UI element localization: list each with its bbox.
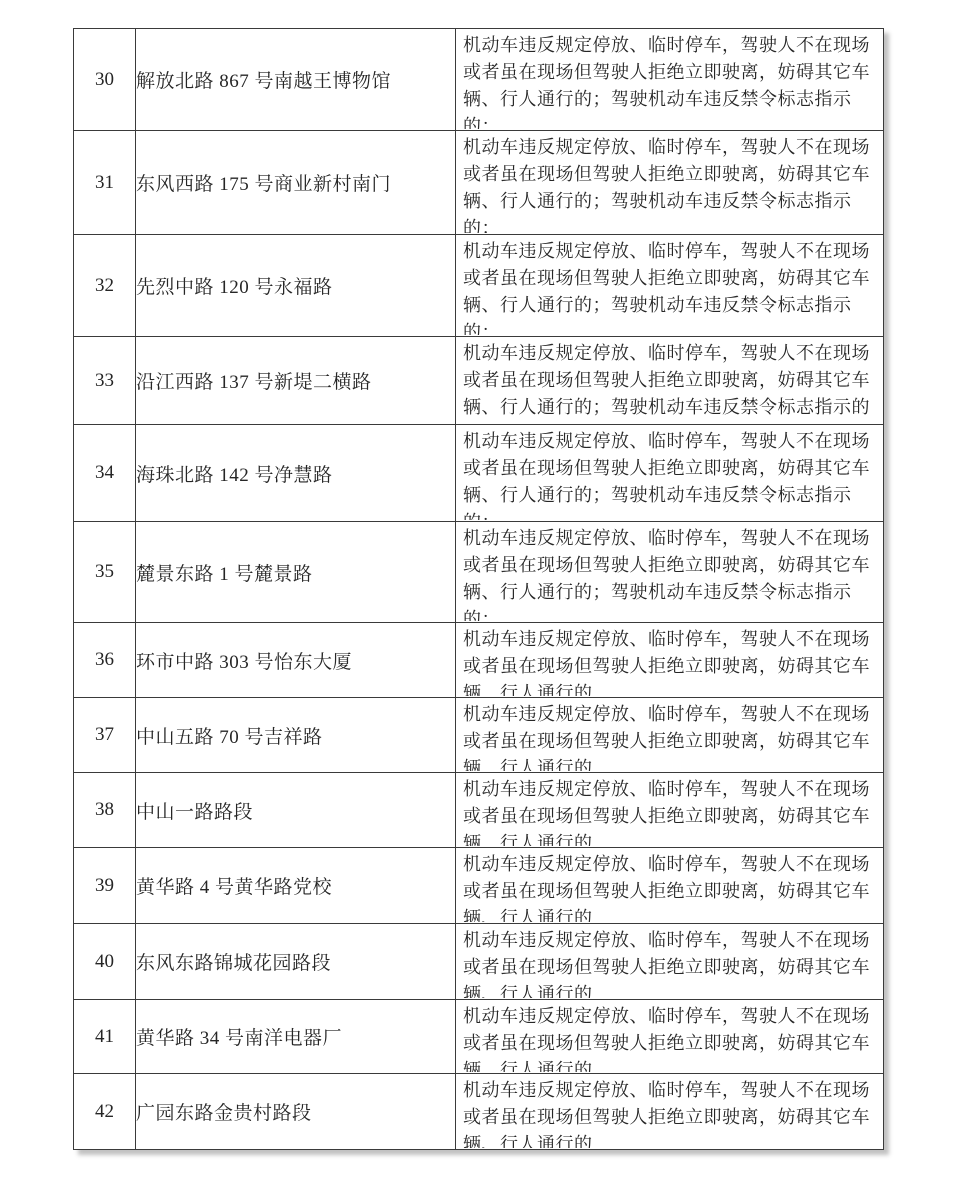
row-location: 麓景东路 1 号麓景路 (136, 522, 456, 623)
row-location: 黄华路 34 号南洋电器厂 (136, 1000, 456, 1074)
row-number: 35 (74, 522, 136, 623)
row-location: 中山五路 70 号吉祥路 (136, 698, 456, 773)
table-row: 37 中山五路 70 号吉祥路 机动车违反规定停放、临时停车，驾驶人不在现场 或… (74, 698, 884, 773)
row-number: 40 (74, 924, 136, 1000)
row-violation: 机动车违反规定停放、临时停车，驾驶人不在现场 或者虽在现场但驾驶人拒绝立即驶离，… (456, 425, 884, 522)
row-location: 环市中路 303 号怡东大厦 (136, 623, 456, 698)
violation-text: 机动车违反规定停放、临时停车，驾驶人不在现场 或者虽在现场但驾驶人拒绝立即驶离，… (456, 773, 883, 846)
row-location: 海珠北路 142 号净慧路 (136, 425, 456, 522)
row-location: 中山一路路段 (136, 773, 456, 848)
table-row: 39 黄华路 4 号黄华路党校 机动车违反规定停放、临时停车，驾驶人不在现场 或… (74, 848, 884, 924)
violation-text: 机动车违反规定停放、临时停车，驾驶人不在现场 或者虽在现场但驾驶人拒绝立即驶离，… (456, 623, 883, 696)
row-number: 41 (74, 1000, 136, 1074)
row-violation: 机动车违反规定停放、临时停车，驾驶人不在现场 或者虽在现场但驾驶人拒绝立即驶离，… (456, 848, 884, 924)
violation-text: 机动车违反规定停放、临时停车，驾驶人不在现场 或者虽在现场但驾驶人拒绝立即驶离，… (456, 924, 883, 998)
row-violation: 机动车违反规定停放、临时停车，驾驶人不在现场 或者虽在现场但驾驶人拒绝立即驶离，… (456, 773, 884, 848)
row-violation: 机动车违反规定停放、临时停车，驾驶人不在现场 或者虽在现场但驾驶人拒绝立即驶离，… (456, 522, 884, 623)
row-number: 42 (74, 1074, 136, 1150)
table-row: 34 海珠北路 142 号净慧路 机动车违反规定停放、临时停车，驾驶人不在现场 … (74, 425, 884, 522)
table-row: 32 先烈中路 120 号永福路 机动车违反规定停放、临时停车，驾驶人不在现场 … (74, 235, 884, 337)
violation-text: 机动车违反规定停放、临时停车，驾驶人不在现场 或者虽在现场但驾驶人拒绝立即驶离，… (456, 1000, 883, 1072)
row-location: 沿江西路 137 号新堤二横路 (136, 337, 456, 425)
table-row: 35 麓景东路 1 号麓景路 机动车违反规定停放、临时停车，驾驶人不在现场 或者… (74, 522, 884, 623)
table-row: 38 中山一路路段 机动车违反规定停放、临时停车，驾驶人不在现场 或者虽在现场但… (74, 773, 884, 848)
row-location: 黄华路 4 号黄华路党校 (136, 848, 456, 924)
table-row: 40 东风东路锦城花园路段 机动车违反规定停放、临时停车，驾驶人不在现场 或者虽… (74, 924, 884, 1000)
row-violation: 机动车违反规定停放、临时停车，驾驶人不在现场 或者虽在现场但驾驶人拒绝立即驶离，… (456, 29, 884, 131)
row-number: 33 (74, 337, 136, 425)
violation-text: 机动车违反规定停放、临时停车，驾驶人不在现场 或者虽在现场但驾驶人拒绝立即驶离，… (456, 29, 883, 129)
row-number: 36 (74, 623, 136, 698)
row-number: 38 (74, 773, 136, 848)
table-row: 42 广园东路金贵村路段 机动车违反规定停放、临时停车，驾驶人不在现场 或者虽在… (74, 1074, 884, 1150)
row-violation: 机动车违反规定停放、临时停车，驾驶人不在现场 或者虽在现场但驾驶人拒绝立即驶离，… (456, 235, 884, 337)
violation-text: 机动车违反规定停放、临时停车，驾驶人不在现场 或者虽在现场但驾驶人拒绝立即驶离，… (456, 235, 883, 335)
row-violation: 机动车违反规定停放、临时停车，驾驶人不在现场 或者虽在现场但驾驶人拒绝立即驶离，… (456, 623, 884, 698)
violation-text: 机动车违反规定停放、临时停车，驾驶人不在现场 或者虽在现场但驾驶人拒绝立即驶离，… (456, 848, 883, 922)
row-violation: 机动车违反规定停放、临时停车，驾驶人不在现场 或者虽在现场但驾驶人拒绝立即驶离，… (456, 131, 884, 235)
table-row: 30 解放北路 867 号南越王博物馆 机动车违反规定停放、临时停车，驾驶人不在… (74, 29, 884, 131)
row-location: 东风西路 175 号商业新村南门 (136, 131, 456, 235)
violation-text: 机动车违反规定停放、临时停车，驾驶人不在现场 或者虽在现场但驾驶人拒绝立即驶离，… (456, 698, 883, 771)
violation-locations-table: 30 解放北路 867 号南越王博物馆 机动车违反规定停放、临时停车，驾驶人不在… (73, 28, 884, 1150)
table-row: 41 黄华路 34 号南洋电器厂 机动车违反规定停放、临时停车，驾驶人不在现场 … (74, 1000, 884, 1074)
row-violation: 机动车违反规定停放、临时停车，驾驶人不在现场 或者虽在现场但驾驶人拒绝立即驶离，… (456, 337, 884, 425)
violation-text: 机动车违反规定停放、临时停车，驾驶人不在现场 或者虽在现场但驾驶人拒绝立即驶离，… (456, 425, 883, 520)
row-number: 32 (74, 235, 136, 337)
row-location: 东风东路锦城花园路段 (136, 924, 456, 1000)
violation-text: 机动车违反规定停放、临时停车，驾驶人不在现场 或者虽在现场但驾驶人拒绝立即驶离，… (456, 522, 883, 621)
table-row: 31 东风西路 175 号商业新村南门 机动车违反规定停放、临时停车，驾驶人不在… (74, 131, 884, 235)
row-number: 30 (74, 29, 136, 131)
row-location: 先烈中路 120 号永福路 (136, 235, 456, 337)
row-number: 39 (74, 848, 136, 924)
violation-text: 机动车违反规定停放、临时停车，驾驶人不在现场 或者虽在现场但驾驶人拒绝立即驶离，… (456, 337, 883, 423)
table-row: 33 沿江西路 137 号新堤二横路 机动车违反规定停放、临时停车，驾驶人不在现… (74, 337, 884, 425)
row-number: 31 (74, 131, 136, 235)
row-location: 广园东路金贵村路段 (136, 1074, 456, 1150)
row-violation: 机动车违反规定停放、临时停车，驾驶人不在现场 或者虽在现场但驾驶人拒绝立即驶离，… (456, 1074, 884, 1150)
row-number: 37 (74, 698, 136, 773)
violation-text: 机动车违反规定停放、临时停车，驾驶人不在现场 或者虽在现场但驾驶人拒绝立即驶离，… (456, 131, 883, 233)
row-violation: 机动车违反规定停放、临时停车，驾驶人不在现场 或者虽在现场但驾驶人拒绝立即驶离，… (456, 1000, 884, 1074)
row-location: 解放北路 867 号南越王博物馆 (136, 29, 456, 131)
table-body: 30 解放北路 867 号南越王博物馆 机动车违反规定停放、临时停车，驾驶人不在… (74, 29, 884, 1150)
row-violation: 机动车违反规定停放、临时停车，驾驶人不在现场 或者虽在现场但驾驶人拒绝立即驶离，… (456, 924, 884, 1000)
document-page: 30 解放北路 867 号南越王博物馆 机动车违反规定停放、临时停车，驾驶人不在… (0, 0, 966, 1192)
row-number: 34 (74, 425, 136, 522)
violation-text: 机动车违反规定停放、临时停车，驾驶人不在现场 或者虽在现场但驾驶人拒绝立即驶离，… (456, 1074, 883, 1148)
row-violation: 机动车违反规定停放、临时停车，驾驶人不在现场 或者虽在现场但驾驶人拒绝立即驶离，… (456, 698, 884, 773)
table-row: 36 环市中路 303 号怡东大厦 机动车违反规定停放、临时停车，驾驶人不在现场… (74, 623, 884, 698)
